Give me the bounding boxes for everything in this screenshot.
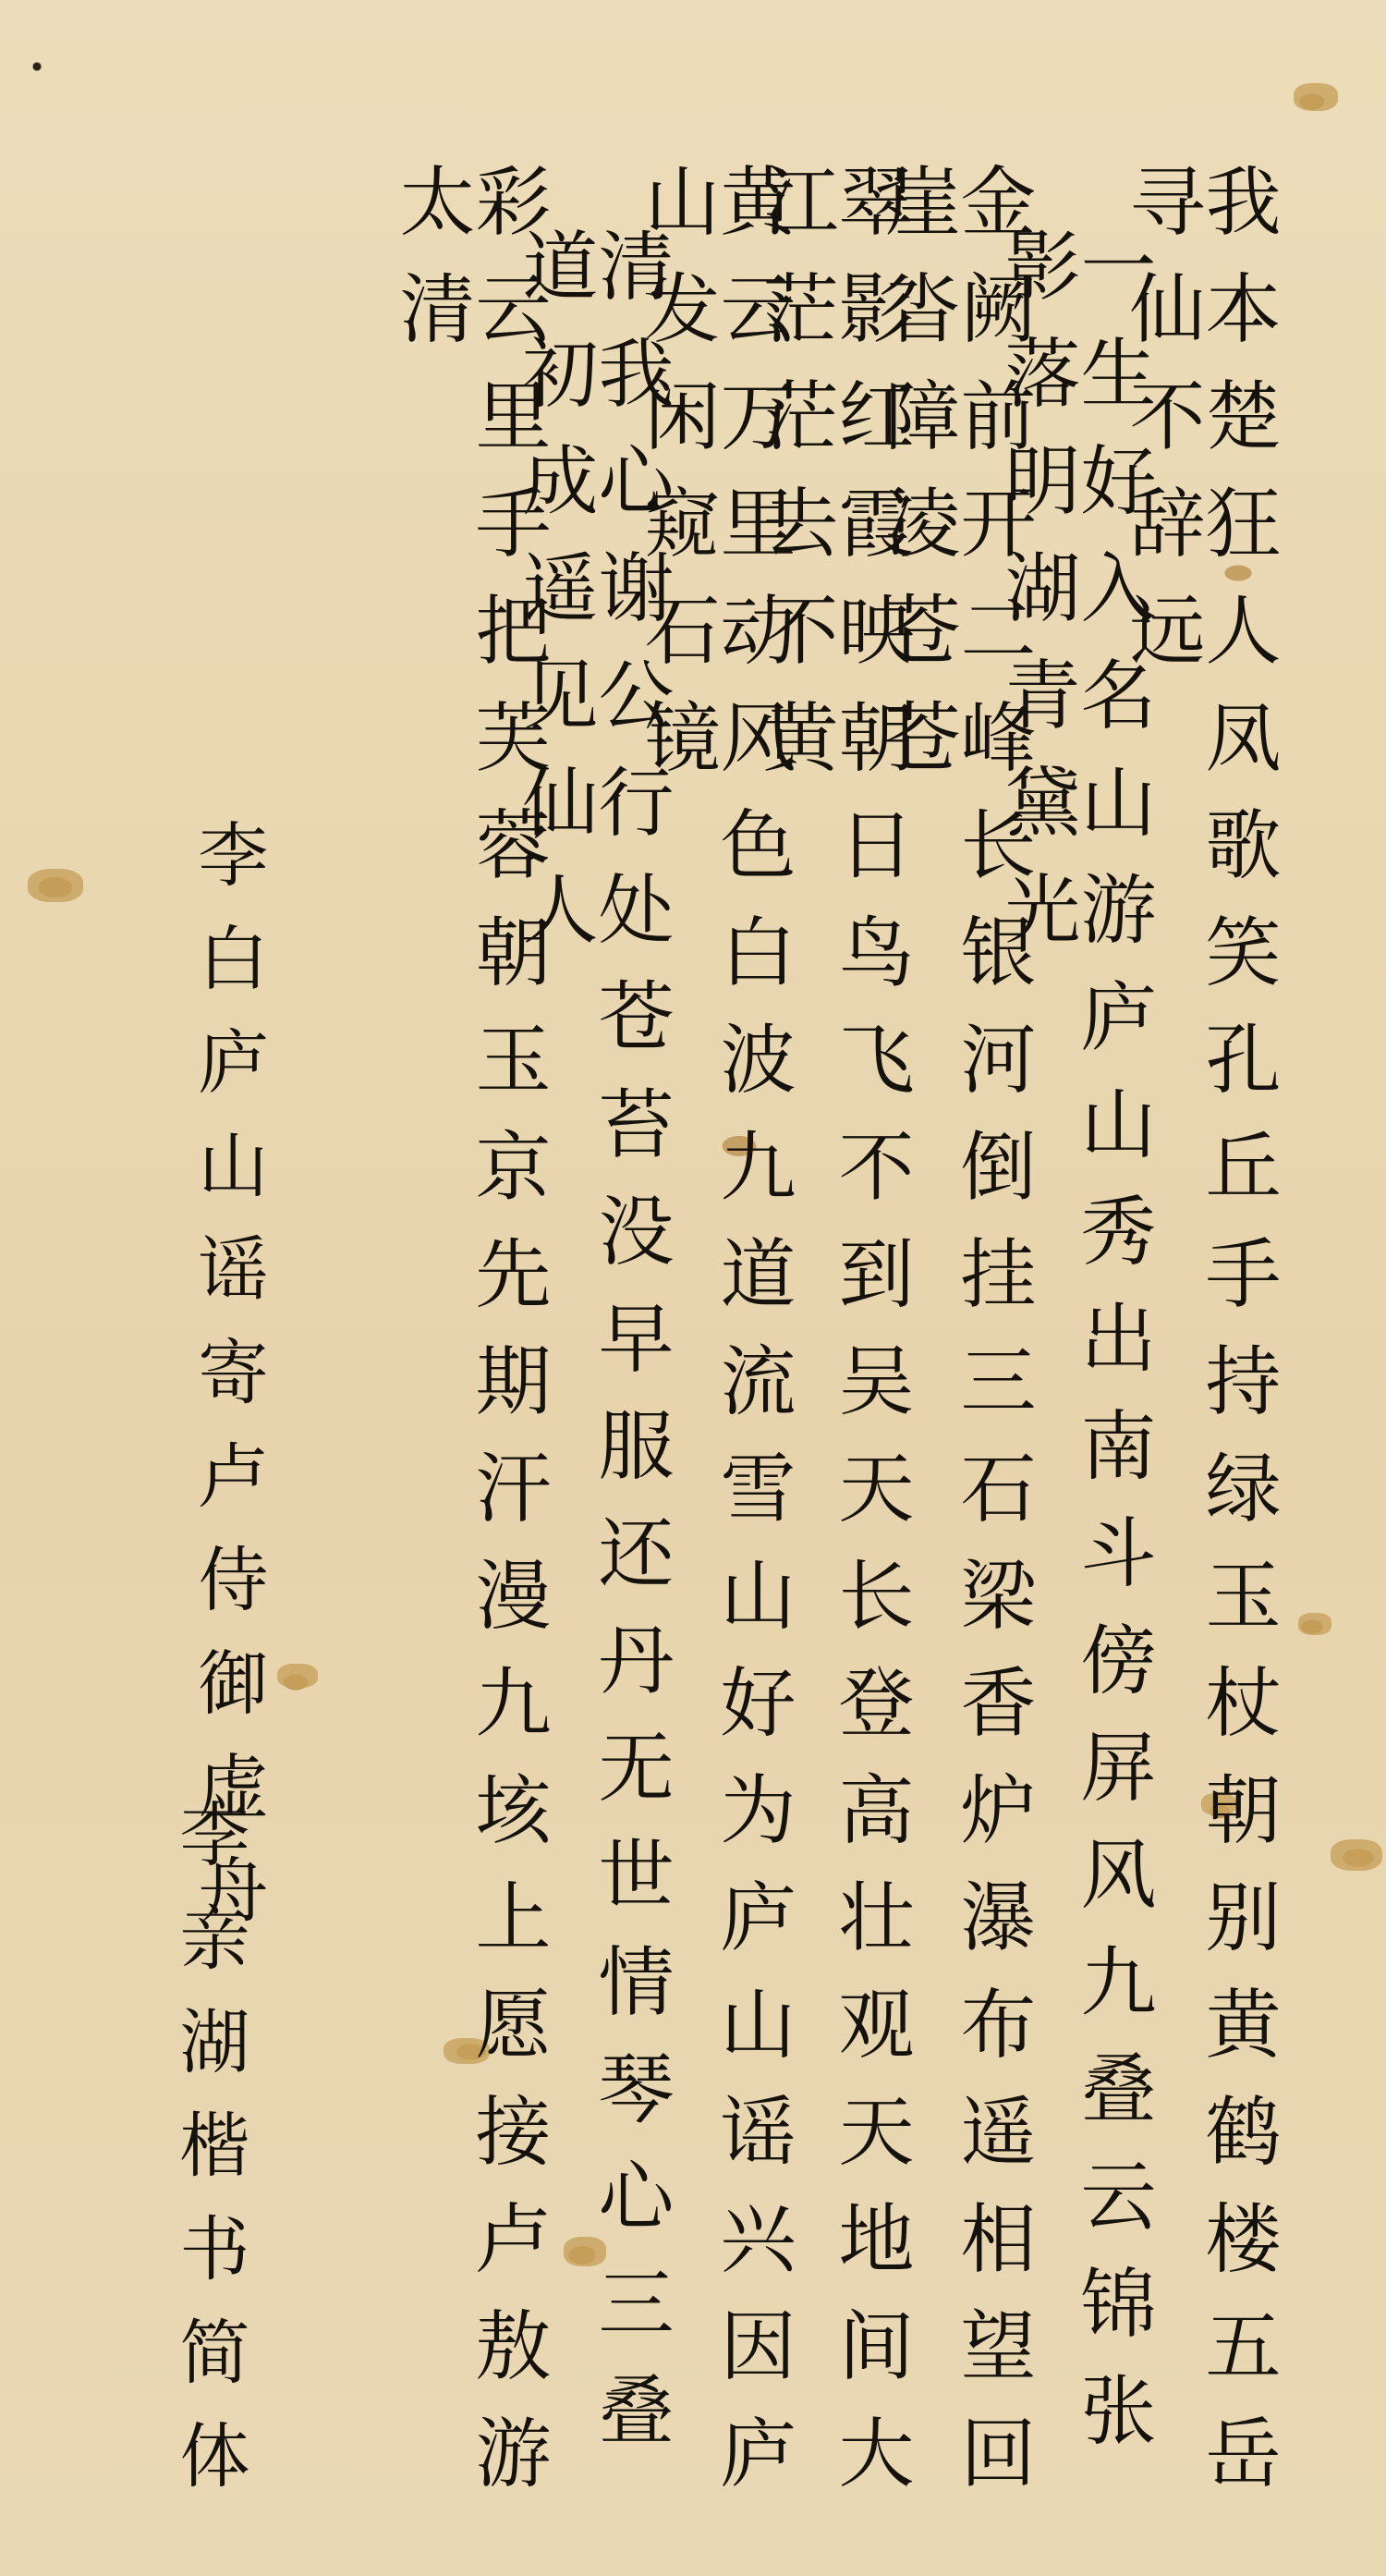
poem-column-7: 彩云里手把芙蓉朝玉京先期汗漫九垓上愿接卢敖游太清 xyxy=(393,162,544,2576)
title-inscription: 李白庐山谣寄卢侍御虚舟 xyxy=(192,818,262,1957)
artist-signature: 李亲湖楷书简体 xyxy=(174,1798,244,2522)
